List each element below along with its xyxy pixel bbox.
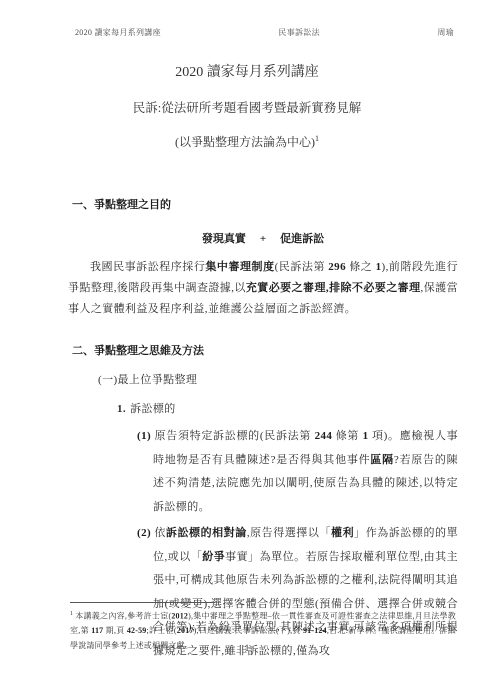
- item-1: (1) 原告須特定訴訟標的(民訴法第 244 條第 1 項)。應檢視人事時地物是…: [68, 425, 458, 519]
- section1-slogan: 發現真實+促進訴訟: [68, 230, 458, 246]
- document-body: 一、爭點整理之目的 發現真實+促進訴訟 我國民事訴訟程序採行集中審理制度(民訴法…: [0, 196, 494, 663]
- footnote-divider: [70, 602, 215, 603]
- point1-marker: 1.: [117, 403, 126, 415]
- title-footnote-ref: 1: [315, 134, 319, 143]
- footnote-ref: 1: [70, 611, 73, 617]
- point1-line: 1.訴訟標的: [117, 400, 458, 416]
- slogan-right: 促進訴訟: [280, 233, 324, 245]
- section2-heading: 二、爭點整理之思維及方法: [72, 342, 458, 358]
- page-number: 1: [0, 643, 494, 653]
- section2-subheading: (一)最上位爭點整理: [98, 371, 458, 387]
- header-subject: 民事訴訟法: [278, 27, 320, 38]
- scope-text: (以爭點整理方法論為中心): [175, 135, 315, 149]
- header-series: 2020 讀家每月系列講座: [75, 27, 161, 38]
- slogan-left: 發現真實: [202, 233, 246, 245]
- running-header: 2020 讀家每月系列講座 民事訴訟法 周瑜: [75, 27, 454, 38]
- document-page: 2020 讀家每月系列講座 民事訴訟法 周瑜 2020 讀家每月系列講座 民訴:…: [0, 0, 494, 700]
- document-subtitle: 民訴:從法研所考題看國考暨最新實務見解: [0, 98, 494, 116]
- title-block: 2020 讀家每月系列講座 民訴:從法研所考題看國考暨最新實務見解 (以爭點整理…: [0, 0, 494, 150]
- document-scope-line: (以爭點整理方法論為中心)1: [0, 133, 494, 150]
- plus-sign: +: [260, 233, 266, 245]
- section1-heading: 一、爭點整理之目的: [72, 196, 458, 212]
- point1-label: 訴訟標的: [130, 403, 176, 415]
- header-author: 周瑜: [437, 27, 454, 38]
- document-title: 2020 讀家每月系列講座: [0, 61, 494, 81]
- section1-paragraph: 我國民事訴訟程序採行集中審理制度(民訴法第 296 條之 1),前階段先進行爭點…: [68, 257, 458, 320]
